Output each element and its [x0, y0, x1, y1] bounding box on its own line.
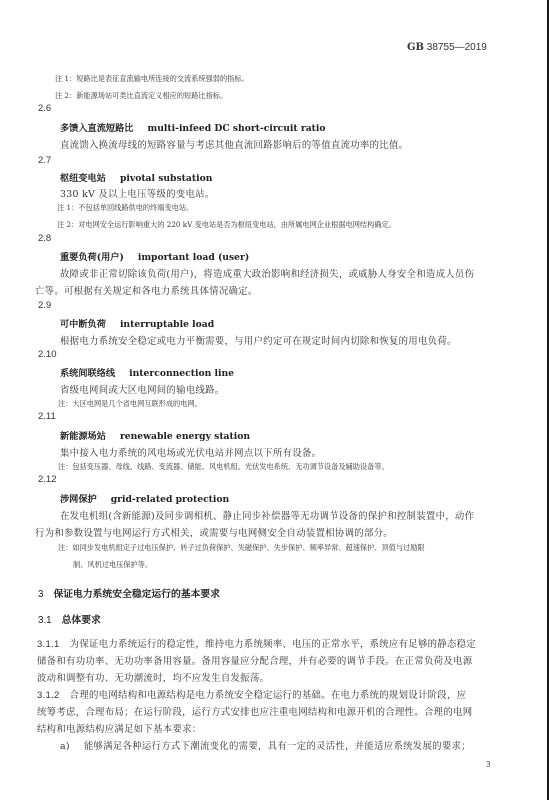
term-definition: 亡等。可根据有关规定和各电力系统具体情况确定。	[35, 283, 258, 297]
term-definition: 集中接入电力系统的风电场或光伏电站并网点以下所有设备。	[60, 445, 321, 459]
section-heading: 3保证电力系统安全稳定运行的基本要求	[38, 586, 220, 600]
term-number: 2.7	[38, 155, 51, 166]
term-title: 枢纽变电站pivotal substation	[60, 170, 212, 184]
subsection-heading: 3.1总体要求	[38, 612, 101, 626]
term-definition: 省级电网间或大区电网间的输电线路。	[60, 382, 224, 396]
term-number: 2.8	[38, 233, 51, 244]
clause-3-1-2: 3.1.2合理的电网结构和电源结构是电力系统安全稳定运行的基础。在电力系统的规划…	[37, 687, 466, 701]
term-title: 新能源场站renewable energy station	[60, 428, 250, 442]
note: 注：包括变压器、母线、线路、变流器、储能、风电机组、光伏发电系统、无功调节设备及…	[58, 462, 389, 472]
term-definition: 330 kV 及以上电压等级的变电站。	[60, 186, 215, 200]
note: 注 2：对电网安全运行影响重大的 220 kV 变电站是否为枢纽变电站，由所属电…	[57, 220, 396, 230]
term-number: 2.9	[38, 300, 51, 311]
note: 注 2：新能源场站可类比直流定义相应的短路比指标。	[55, 91, 227, 101]
clause-text: 储备和有功功率、无功功率备用容量。备用容量应分配合理，并有必要的调节手段。在正常…	[37, 653, 472, 667]
term-title: 可中断负荷interruptable load	[60, 316, 214, 330]
term-number: 2.12	[38, 474, 57, 485]
note: 制、风机过电压保护等。	[73, 560, 152, 570]
clause-text: 结构和电源结构应满足如下基本要求：	[37, 721, 201, 735]
term-title: 涉网保护grid-related protection	[60, 491, 229, 505]
term-number: 2.11	[38, 411, 56, 422]
term-definition: 根据电力系统安全稳定或电力平衡需要，与用户约定可在规定时间内切除和恢复的用电负荷…	[60, 333, 457, 347]
clause-3-1-1: 3.1.1为保证电力系统运行的稳定性，维持电力系统频率、电压的正常水平，系统应有…	[37, 636, 476, 650]
term-definition: 故障或非正常切除该负荷(用户)，将造成重大政治影响和经济损失，或威胁人身安全和造…	[60, 266, 474, 280]
list-item-a: a)能够满足各种运行方式下潮流变化的需要，具有一定的灵活性，并能适应系统发展的要…	[60, 738, 471, 752]
clause-text: 波动和调整有功、无功潮流时，均不应发生自发振荡。	[37, 670, 269, 684]
page-number: 3	[486, 760, 490, 769]
note: 注：大区电网是几个省电网互联形成的电网。	[58, 399, 202, 409]
term-definition: 直流馈入换流母线的短路容量与考虑其他直流回路影响后的等值直流功率的比值。	[60, 137, 408, 151]
note: 注 1：短路比是表征直流输电所连接的交流系统强弱的指标。	[55, 74, 249, 84]
note: 注：如同步发电机组定子过电压保护、转子过负荷保护、失磁保护、失步保护、频率异常、…	[58, 543, 425, 553]
term-title: 系统间联络线interconnection line	[60, 365, 234, 379]
term-number: 2.6	[38, 103, 51, 114]
term-title: 重要负荷(用户)important load (user)	[60, 249, 249, 263]
term-title: 多馈入直流短路比multi-infeed DC short-circuit ra…	[60, 120, 326, 134]
term-definition: 在发电机组(含新能源)及同步调相机、静止同步补偿器等无功调节设备的保护和控制装置…	[60, 508, 474, 522]
standard-number: GB 38755—2019	[407, 42, 487, 53]
term-number: 2.10	[38, 349, 57, 360]
note: 注 1：不包括单回线路供电的终端变电站。	[57, 203, 193, 213]
clause-text: 统筹考虑，合理布局；在运行阶段，运行方式安排也应注重电网结构和电源开机的合理性。…	[37, 704, 472, 718]
term-definition: 行为和参数设置与电网运行方式相关，或需要与电网侧安全自动装置相协调的部分。	[35, 525, 393, 539]
